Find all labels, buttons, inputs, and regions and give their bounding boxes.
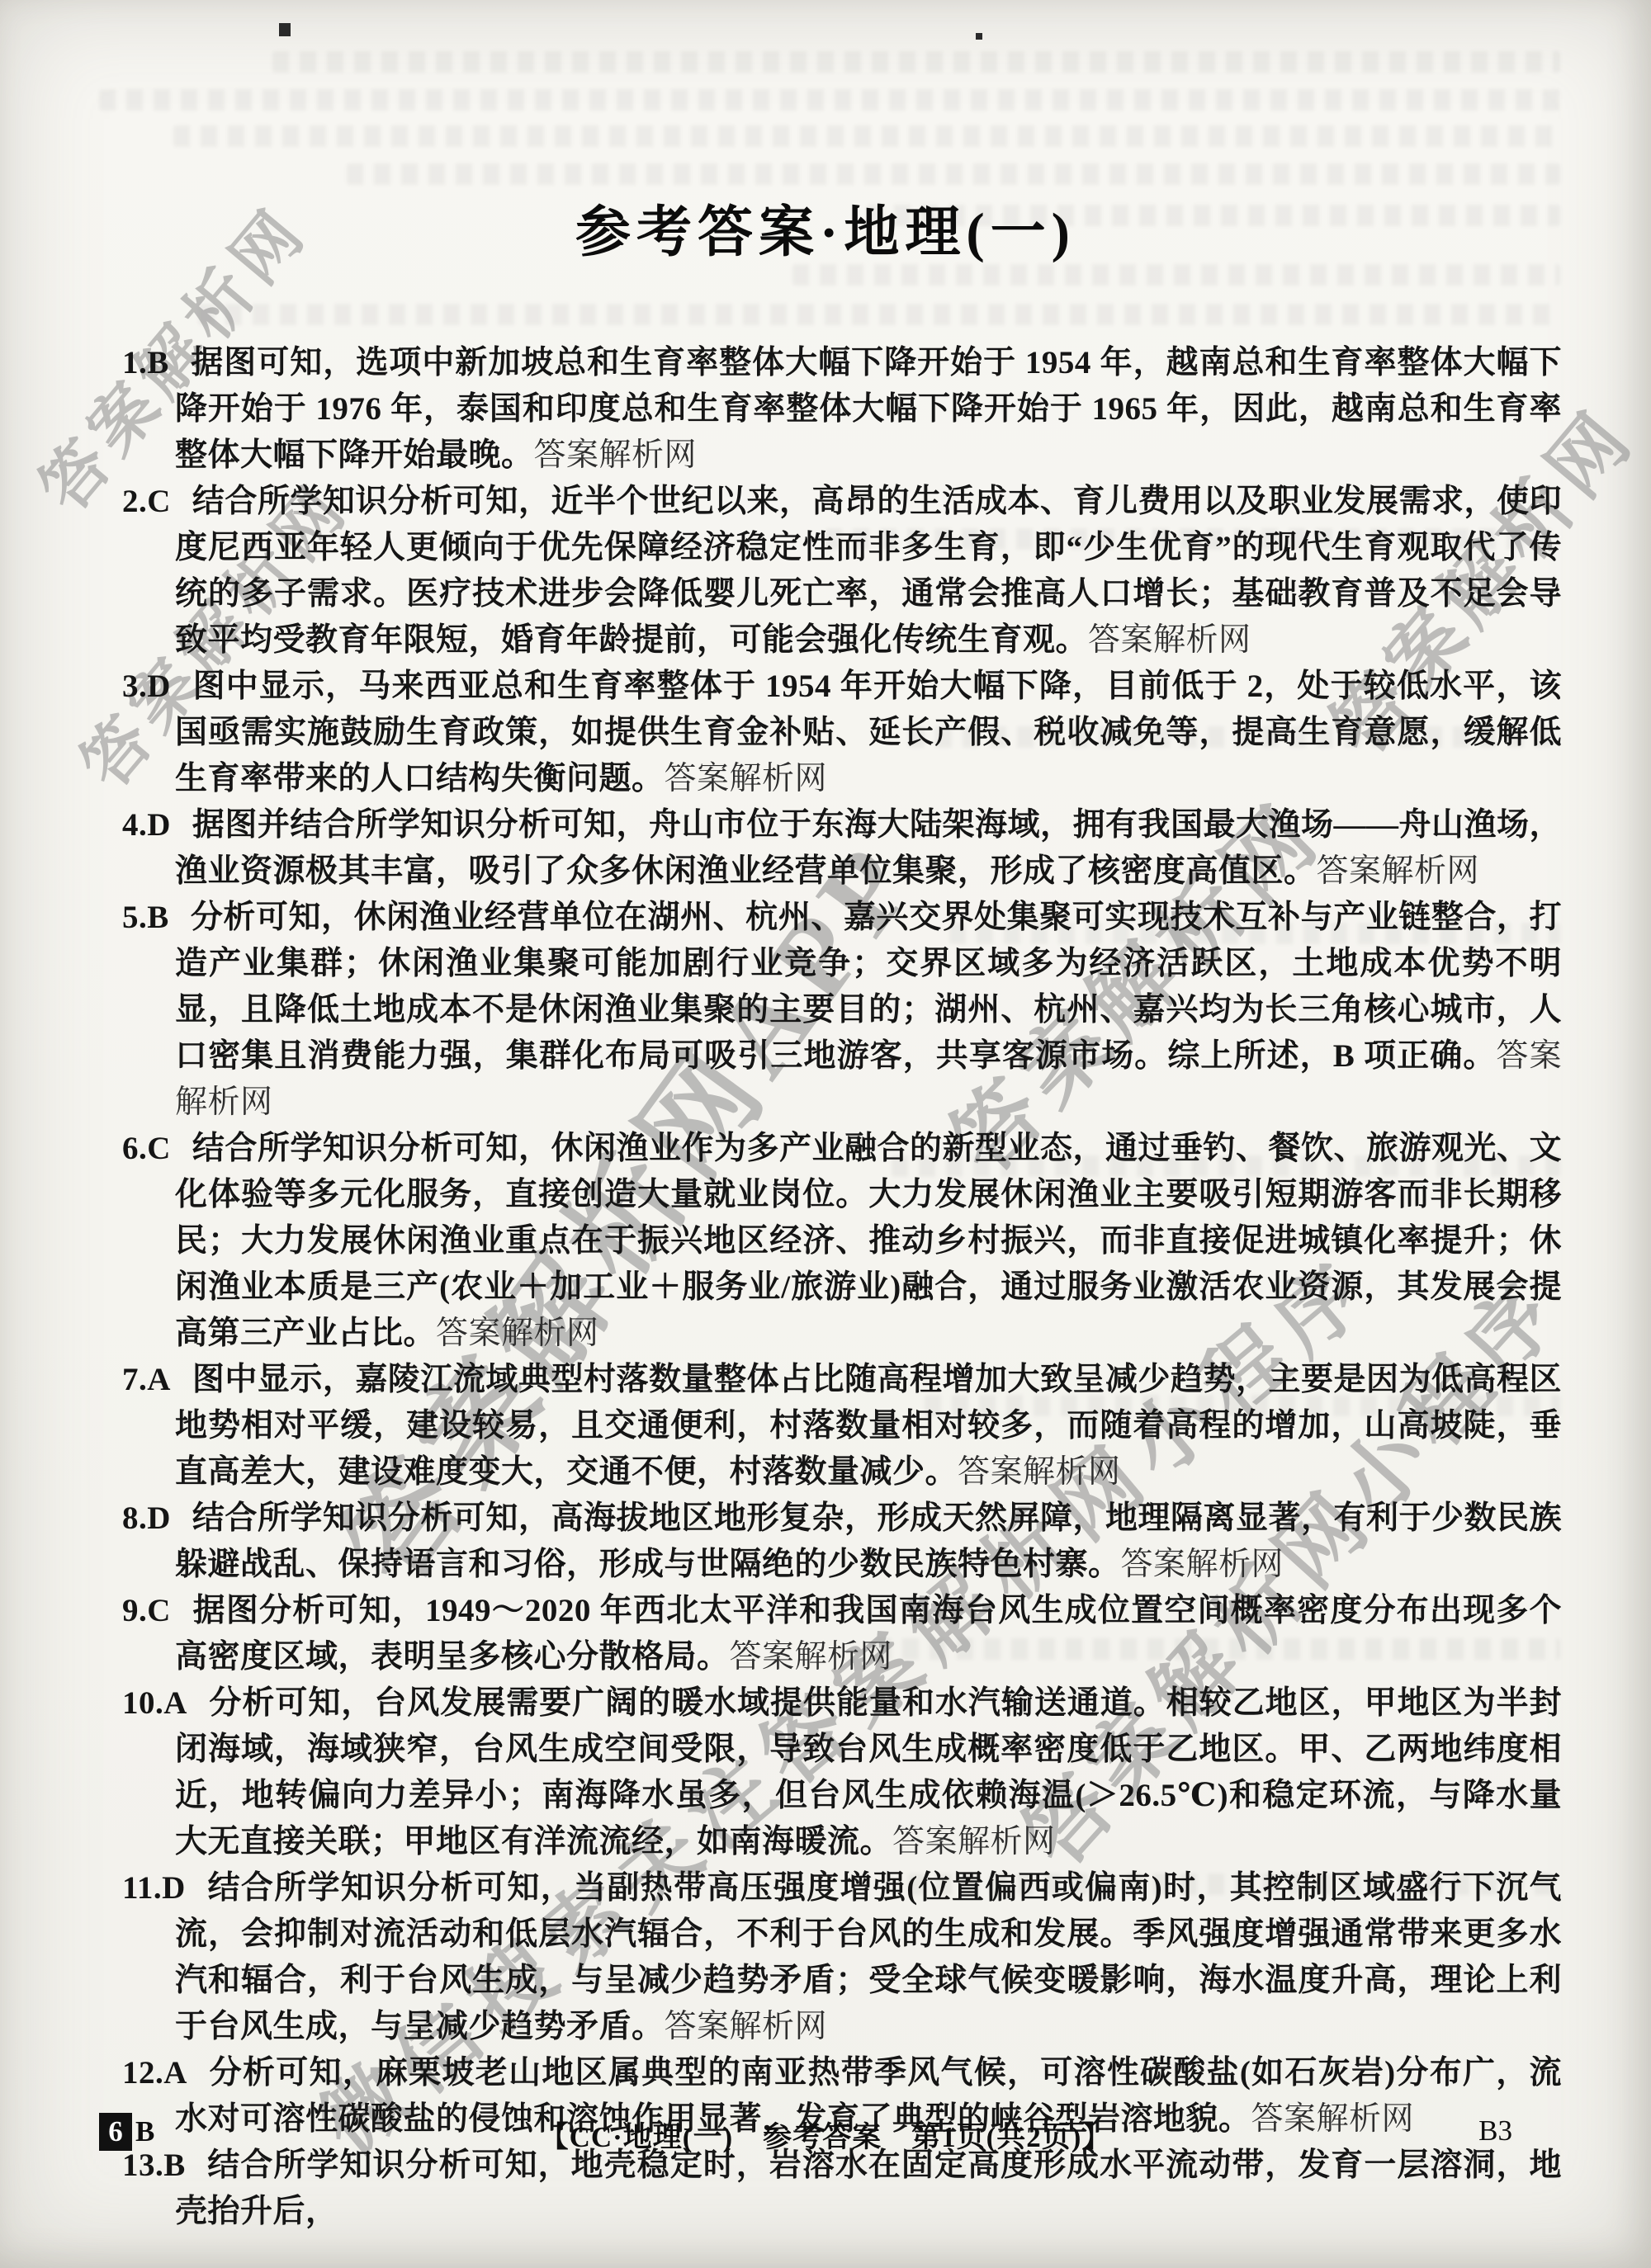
bleed-through-noise <box>99 89 1560 111</box>
answer-number-label: 1.B <box>122 345 191 380</box>
answer-number-label: 2.C <box>122 484 192 519</box>
answer-number-label: 8.D <box>122 1500 192 1536</box>
answer-number-label: 4.D <box>122 807 192 843</box>
answer-site-stamp: 答案解析网 <box>665 761 828 796</box>
answer-number-label: 11.D <box>122 1870 207 1906</box>
answer-explanation-text: 图中显示，马来西亚总和生育率整体于 1954 年开始大幅下降，目前低于 2，处于… <box>175 669 1562 796</box>
answer-site-stamp: 答案解析网 <box>1088 622 1251 658</box>
answer-item: 8.D结合所学知识分析可知，高海拔地区地形复杂，形成天然屏障，地理隔离显著，有利… <box>122 1495 1562 1588</box>
answer-site-stamp: 答案解析网 <box>730 1639 893 1675</box>
bleed-through-noise <box>173 125 1560 147</box>
answer-number-label: 7.A <box>122 1362 192 1397</box>
footer-code-right: B3 <box>1478 2114 1512 2148</box>
answer-explanation-text: 分析可知，休闲渔业经营单位在湖州、杭州、嘉兴交界处集聚可实现技术互补与产业链整合… <box>175 900 1562 1074</box>
bleed-through-noise <box>347 163 1560 185</box>
answer-number-label: 3.D <box>122 669 192 704</box>
answer-site-stamp: 答案解析网 <box>534 437 698 473</box>
answer-item: 9.C据图分析可知，1949～2020 年西北太平洋和我国南海台风生成位置空间概… <box>122 1588 1562 1680</box>
answer-item: 10.A分析可知，台风发展需要广阔的暖水域提供能量和水汽输送通道。相较乙地区，甲… <box>122 1680 1562 1865</box>
footer-page-info: 【CC·地理(一) 参考答案 第1页(共2页)】 <box>0 2114 1651 2156</box>
answer-item: 4.D据图并结合所学知识分析可知，舟山市位于东海大陆架海域，拥有我国最大渔场——… <box>122 802 1562 895</box>
bleed-through-noise <box>198 304 1560 325</box>
scan-speck <box>976 33 982 40</box>
answer-list: 1.B据图可知，选项中新加坡总和生育率整体大幅下降开始于 1954 年，越南总和… <box>122 340 1562 2235</box>
answer-item: 7.A图中显示，嘉陵江流域典型村落数量整体占比随高程增加大致呈减少趋势，主要是因… <box>122 1357 1562 1495</box>
answer-number-label: 12.A <box>122 2055 209 2091</box>
page-footer: 6B 【CC·地理(一) 参考答案 第1页(共2页)】 B3 <box>0 2113 1651 2156</box>
answer-number-label: 5.B <box>122 900 191 935</box>
answer-explanation-text: 据图可知，选项中新加坡总和生育率整体大幅下降开始于 1954 年，越南总和生育率… <box>175 345 1562 473</box>
scan-speck <box>279 23 291 36</box>
answer-explanation-text: 图中显示，嘉陵江流域典型村落数量整体占比随高程增加大致呈减少趋势，主要是因为低高… <box>175 1362 1562 1490</box>
answer-explanation-text: 结合所学知识分析可知，地壳稳定时，岩溶水在固定高度形成水平流动带，发育一层溶洞，… <box>175 2148 1562 2229</box>
answer-item: 6.C结合所学知识分析可知，休闲渔业作为多产业融合的新型业态，通过垂钓、餐饮、旅… <box>122 1126 1562 1357</box>
scanned-answer-sheet: 答案解析网答案解析网答案解析网APP答案解析网微信搜索关注答案解析网小程序答案解… <box>0 0 1651 2268</box>
answer-number-label: 10.A <box>122 1685 209 1721</box>
answer-site-stamp: 答案解析网 <box>1317 853 1480 889</box>
answer-explanation-text: 结合所学知识分析可知，休闲渔业作为多产业融合的新型业态，通过垂钓、餐饮、旅游观光… <box>175 1131 1562 1351</box>
answer-site-stamp: 答案解析网 <box>665 2009 828 2044</box>
answer-item: 2.C结合所学知识分析可知，近半个世纪以来，高昂的生活成本、育儿费用以及职业发展… <box>122 479 1562 664</box>
answer-item: 1.B据图可知，选项中新加坡总和生育率整体大幅下降开始于 1954 年，越南总和… <box>122 340 1562 479</box>
answer-item: 11.D结合所学知识分析可知，当副热带高压强度增强(位置偏西或偏南)时，其控制区… <box>122 1865 1562 2050</box>
bleed-through-noise <box>272 51 1560 73</box>
answer-item: 13.B结合所学知识分析可知，地壳稳定时，岩溶水在固定高度形成水平流动带，发育一… <box>122 2143 1562 2235</box>
answer-number-label: 9.C <box>122 1593 192 1628</box>
answer-site-stamp: 答案解析网 <box>1121 1547 1284 1582</box>
answer-item: 5.B分析可知，休闲渔业经营单位在湖州、杭州、嘉兴交界处集聚可实现技术互补与产业… <box>122 895 1562 1126</box>
page-title: 参考答案·地理(一) <box>0 188 1651 267</box>
answer-explanation-text: 结合所学知识分析可知，近半个世纪以来，高昂的生活成本、育儿费用以及职业发展需求，… <box>175 484 1562 658</box>
answer-number-label: 6.C <box>122 1131 192 1166</box>
answer-explanation-text: 结合所学知识分析可知，高海拔地区地形复杂，形成天然屏障，地理隔离显著，有利于少数… <box>175 1500 1562 1582</box>
answer-explanation-text: 分析可知，台风发展需要广阔的暖水域提供能量和水汽输送通道。相较乙地区，甲地区为半… <box>175 1685 1562 1859</box>
answer-site-stamp: 答案解析网 <box>436 1316 599 1351</box>
answer-site-stamp: 答案解析网 <box>958 1454 1121 1490</box>
answer-explanation-text: 结合所学知识分析可知，当副热带高压强度增强(位置偏西或偏南)时，其控制区域盛行下… <box>175 1870 1562 2044</box>
answer-item: 3.D图中显示，马来西亚总和生育率整体于 1954 年开始大幅下降，目前低于 2… <box>122 664 1562 802</box>
answer-site-stamp: 答案解析网 <box>892 1824 1056 1859</box>
